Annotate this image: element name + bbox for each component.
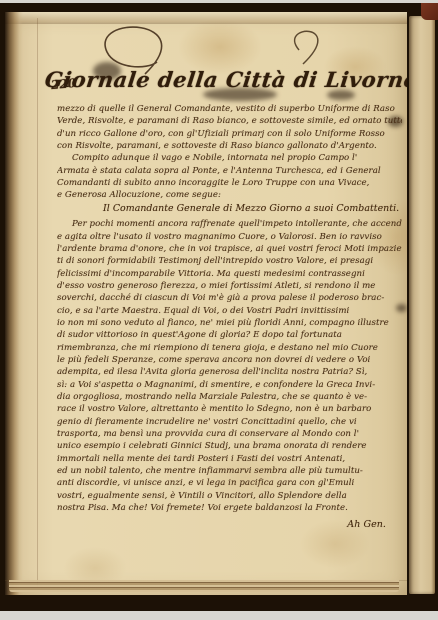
manuscript-line: immortali nella mente dei tardi Posteri … <box>57 453 402 465</box>
manuscript-line: ed un nobil talento, che mentre infiamma… <box>57 465 402 477</box>
page-fore-edge <box>409 16 435 594</box>
paragraph-block: Per pochi momenti ancora raffrenate quel… <box>57 218 402 514</box>
manuscript-line: e Generosa Allocuzione, come segue: <box>57 189 402 201</box>
paragraph-block: mezzo di quelle il General Comandante, v… <box>57 103 402 202</box>
manuscript-line: cio, e sa l'arte Maestra. Equal di Voi, … <box>57 305 402 317</box>
manuscript-body: mezzo di quelle il General Comandante, v… <box>57 103 402 595</box>
book-cover-corner <box>421 3 438 20</box>
manuscript-line: anti discordie, vi unisce anzi, e vi leg… <box>57 477 402 489</box>
manuscript-line: dia orgogliosa, mostrando nella Marziale… <box>57 391 402 403</box>
manuscript-line: soverchi, dacché di ciascun di Voi m'è g… <box>57 292 402 304</box>
manuscript-line: mezzo di quelle il General Comandante, v… <box>57 103 402 115</box>
manuscript-line: ti di sonori formidabili Testimonj dell'… <box>57 255 402 267</box>
manuscript-line: Comandanti di subito anno incoraggite le… <box>57 177 402 189</box>
manuscript-line: l'ardente brama d'onore, che in voi trap… <box>57 243 402 255</box>
manuscript-line: felicissimi d'incomparabile Vittoria. Ma… <box>57 268 402 280</box>
manuscript-photo: 220 Giornale della Città di Livorno mezz… <box>0 0 438 620</box>
manuscript-line: le più fedeli Speranze, come sperava anc… <box>57 354 402 366</box>
section-heading: Il Comandante Generale di Mezzo Giorno a… <box>57 203 402 217</box>
manuscript-line: di sudor vittorioso in quest'Agone di gl… <box>57 329 402 341</box>
book-background: 220 Giornale della Città di Livorno mezz… <box>0 3 438 611</box>
manuscript-line: d'un ricco Gallone d'oro, con gl'Ufizial… <box>57 128 402 140</box>
manuscript-line: con Risvolte, paramani, e sottoveste di … <box>57 140 402 152</box>
page-top-curl-shading <box>5 12 407 24</box>
manuscript-line: race il vostro Valore, altrettanto è men… <box>57 403 402 415</box>
manuscript-line: rimembranza, che mi riempiono di tenera … <box>57 342 402 354</box>
manuscript-page: 220 Giornale della Città di Livorno mezz… <box>5 12 407 595</box>
manuscript-line: nostra Pisa. Ma che! Voi fremete! Voi er… <box>57 502 402 514</box>
page-stack-left-edge <box>5 12 23 595</box>
manuscript-line: d'esso vostro generoso fierezza, o miei … <box>57 280 402 292</box>
page-title: Giornale della Città di Livorno <box>44 68 401 92</box>
vertical-crease <box>37 18 38 587</box>
manuscript-line: unico esempio i celebrati Ginnici Studj,… <box>57 440 402 452</box>
manuscript-line: adempita, ed ilesa l'Avita gloria genero… <box>57 366 402 378</box>
manuscript-line: Per pochi momenti ancora raffrenate quel… <box>57 218 402 230</box>
manuscript-line: io non mi sono veduto al fianco, ne' mie… <box>57 317 402 329</box>
manuscript-line: trasporta, ma bensì una provvida cura di… <box>57 428 402 440</box>
manuscript-line: sì: a Voi s'aspetta o Magnanimi, di smen… <box>57 379 402 391</box>
manuscript-line: genio di fieramente incrudelire ne' vost… <box>57 416 402 428</box>
manuscript-line: e agita oltre l'usato il vostro magnanim… <box>57 231 402 243</box>
manuscript-line: Verde, Risvolte, e paramani di Raso bian… <box>57 115 402 127</box>
manuscript-line: Compito adunque il vago e Nobile, intorn… <box>57 152 402 164</box>
manuscript-line: Armata è stata calata sopra al Ponte, e … <box>57 165 402 177</box>
manuscript-line: vostri, egualmente sensi, è Vintili o Vi… <box>57 490 402 502</box>
catchword: Ah Gen. <box>57 519 402 531</box>
page-stack-bottom-edge <box>9 580 399 592</box>
